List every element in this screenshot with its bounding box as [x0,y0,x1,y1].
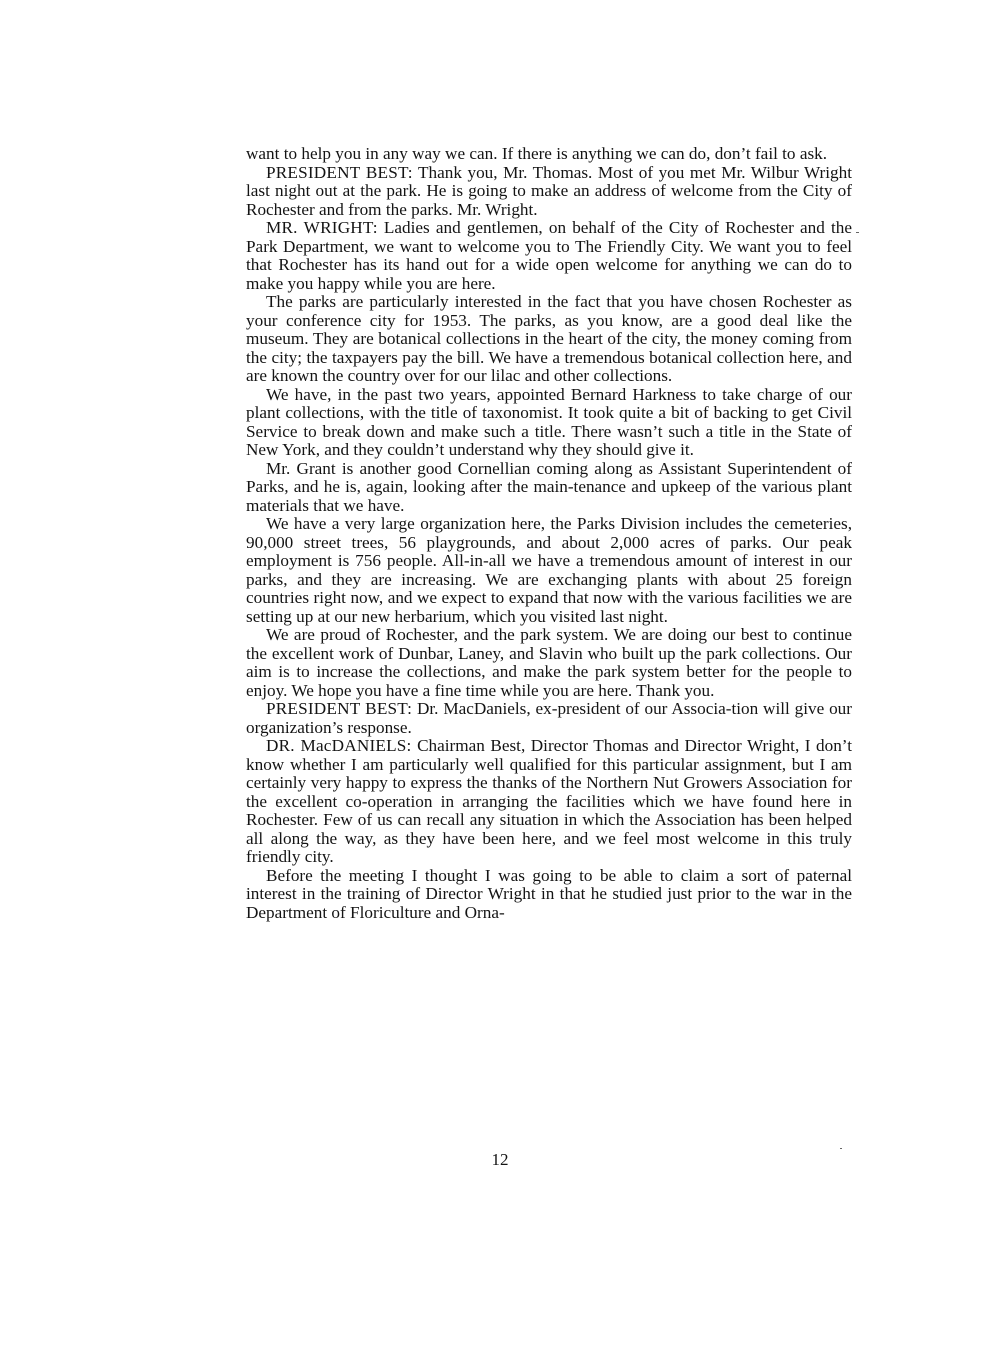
paragraph-grant: Mr. Grant is another good Cornellian com… [246,460,852,516]
speaker-label: DR. MacDANIELS: [266,736,412,755]
paragraph-before-meeting: Before the meeting I thought I was going… [246,867,852,923]
paragraph-mr-wright-welcome: MR. WRIGHT: Ladies and gentlemen, on beh… [246,219,852,293]
paragraph-text: We have, in the past two years, appointe… [246,385,852,460]
scan-speck [800,243,801,247]
paragraph-proud: We are proud of Rochester, and the park … [246,626,852,700]
page-number: 12 [0,1150,1000,1170]
paragraph-text: The parks are particularly interested in… [246,292,852,385]
scan-speck [856,232,859,233]
paragraph-text: Before the meeting I thought I was going… [246,866,852,922]
paragraph-president-best-response: PRESIDENT BEST: Dr. MacDaniels, ex-presi… [246,700,852,737]
paragraph-text: We have a very large organization here, … [246,514,852,626]
paragraph-text: We are proud of Rochester, and the park … [246,625,852,700]
speaker-label: PRESIDENT BEST: [266,163,413,182]
speaker-label: PRESIDENT BEST: [266,699,412,718]
scan-speck [840,1148,842,1149]
paragraph-text: want to help you in any way we can. If t… [246,144,827,163]
speaker-label: MR. WRIGHT: [266,218,378,237]
paragraph-text: Mr. Grant is another good Cornellian com… [246,459,852,515]
paragraph-organization: We have a very large organization here, … [246,515,852,626]
paragraph-harkness: We have, in the past two years, appointe… [246,386,852,460]
document-page: want to help you in any way we can. If t… [246,145,852,922]
paragraph-text: Chairman Best, Director Thomas and Direc… [246,736,852,866]
paragraph-continuation: want to help you in any way we can. If t… [246,145,852,164]
paragraph-president-best-intro: PRESIDENT BEST: Thank you, Mr. Thomas. M… [246,164,852,220]
paragraph-parks-interest: The parks are particularly interested in… [246,293,852,386]
paragraph-dr-macdaniels: DR. MacDANIELS: Chairman Best, Director … [246,737,852,867]
